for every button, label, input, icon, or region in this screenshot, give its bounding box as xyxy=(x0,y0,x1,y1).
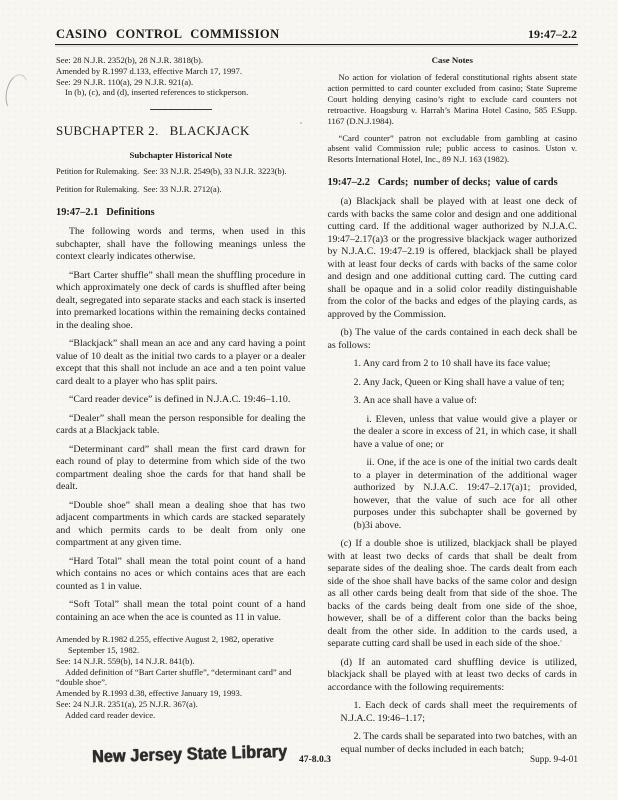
regulation-paragraph: (d) If an automated card shuffling devic… xyxy=(328,657,578,695)
history-note-line: In (b), (c), and (d), inserted reference… xyxy=(56,87,306,98)
amendment-note-line: See: 24 N.J.R. 2351(a), 25 N.J.R. 367(a)… xyxy=(56,699,306,710)
running-header-section-number: 19:47–2.2 xyxy=(528,27,577,42)
regulation-paragraph: (b) The value of the cards contained in … xyxy=(328,327,578,352)
regulation-paragraph: 1. Any card from 2 to 10 shall have its … xyxy=(341,358,578,371)
subchapter-historical-note-heading: Subchapter Historical Note xyxy=(56,150,306,160)
two-column-body: See: 28 N.J.R. 2352(b), 28 N.J.R. 3818(b… xyxy=(56,55,577,762)
running-header-title: CASINO CONTROL COMMISSION xyxy=(56,27,280,42)
definition-paragraph: The following words and terms, when used… xyxy=(56,226,306,264)
definitions-block: The following words and terms, when used… xyxy=(56,226,306,624)
history-note-line: See: 28 N.J.R. 2352(b), 28 N.J.R. 3818(b… xyxy=(56,55,306,66)
definition-paragraph: “Blackjack” shall mean an ace and any ca… xyxy=(56,338,306,388)
page-number: 47-8.0.3 xyxy=(299,754,331,765)
definition-paragraph: “Soft Total” shall mean the total point … xyxy=(56,599,306,624)
section-divider-rule xyxy=(150,109,212,110)
definition-paragraph: “Bart Carter shuffle” shall mean the shu… xyxy=(56,270,306,333)
regulation-paragraph: (a) Blackjack shall be played with at le… xyxy=(328,196,578,321)
photocopy-speck xyxy=(560,640,562,642)
petition-block: Petition for Rulemaking. See: 33 N.J.R. … xyxy=(56,167,306,195)
section-heading-19-47-2-2: 19:47–2.2 Cards; number of decks; value … xyxy=(328,177,578,188)
amendment-note-line: Amended by R.1993 d.38, effective Januar… xyxy=(56,688,306,699)
right-column: Case Notes No action for violation of fe… xyxy=(328,55,578,762)
regulation-paragraph: ii. One, if the ace is one of the initia… xyxy=(354,457,578,532)
definition-paragraph: “Card reader device” is defined in N.J.A… xyxy=(56,394,306,407)
photocopy-speck xyxy=(88,432,90,434)
history-note-line: See: 29 N.J.R. 110(a), 29 N.J.R. 921(a). xyxy=(56,77,306,88)
library-stamp: New Jersey State Library xyxy=(92,743,288,768)
document-page: CASINO CONTROL COMMISSION 19:47–2.2 See:… xyxy=(0,0,618,800)
amendment-note-line: Added definition of “Bart Carter shuffle… xyxy=(56,667,306,689)
regulation-text-block: (a) Blackjack shall be played with at le… xyxy=(328,196,578,756)
case-notes-block: No action for violation of federal const… xyxy=(328,72,578,165)
subchapter-title: SUBCHAPTER 2. BLACKJACK xyxy=(56,123,306,139)
left-column: See: 28 N.J.R. 2352(b), 28 N.J.R. 3818(b… xyxy=(56,55,306,721)
definition-paragraph: “Dealer” shall mean the person responsib… xyxy=(56,413,306,438)
amendment-note-line: Amended by R.1982 d.255, effective Augus… xyxy=(56,634,306,656)
definition-paragraph: “Determinant card” shall mean the first … xyxy=(56,444,306,494)
regulation-paragraph: 3. An ace shall have a value of: xyxy=(341,395,578,408)
regulation-paragraph: (c) If a double shoe is utilized, blackj… xyxy=(328,538,578,651)
photocopy-artifact xyxy=(2,72,31,114)
amendment-note-line: See: 14 N.J.R. 559(b), 14 N.J.R. 841(b). xyxy=(56,656,306,667)
page-header: CASINO CONTROL COMMISSION 19:47–2.2 xyxy=(56,27,577,42)
definition-paragraph: “Double shoe” shall mean a dealing shoe … xyxy=(56,500,306,550)
history-note-line: Amended by R.1997 d.133, effective March… xyxy=(56,66,306,77)
history-note-block: See: 28 N.J.R. 2352(b), 28 N.J.R. 3818(b… xyxy=(56,55,306,98)
supplement-date: Supp. 9-4-01 xyxy=(530,754,578,764)
regulation-paragraph: 2. Any Jack, Queen or King shall have a … xyxy=(341,377,578,390)
photocopy-speck xyxy=(300,122,302,124)
amendment-note-line: Added card reader device. xyxy=(56,710,306,721)
page-footer: New Jersey State Library 47-8.0.3 Supp. … xyxy=(0,747,618,792)
case-note: No action for violation of federal const… xyxy=(328,72,578,127)
petition-line: Petition for Rulemaking. See: 33 N.J.R. … xyxy=(56,185,306,196)
regulation-paragraph: 1. Each deck of cards shall meet the req… xyxy=(341,700,578,725)
case-notes-heading: Case Notes xyxy=(328,55,578,65)
definition-paragraph: “Hard Total” shall mean the total point … xyxy=(56,556,306,594)
section-heading-19-47-2-1: 19:47–2.1 Definitions xyxy=(56,207,306,218)
case-note: “Card counter” patron not excludable fro… xyxy=(328,133,578,166)
header-rule xyxy=(55,44,578,45)
petition-line: Petition for Rulemaking. See: 33 N.J.R. … xyxy=(56,167,306,178)
photocopy-speck xyxy=(522,300,524,302)
amendment-note-block: Amended by R.1982 d.255, effective Augus… xyxy=(56,634,306,720)
regulation-paragraph: i. Eleven, unless that value would give … xyxy=(354,414,578,452)
